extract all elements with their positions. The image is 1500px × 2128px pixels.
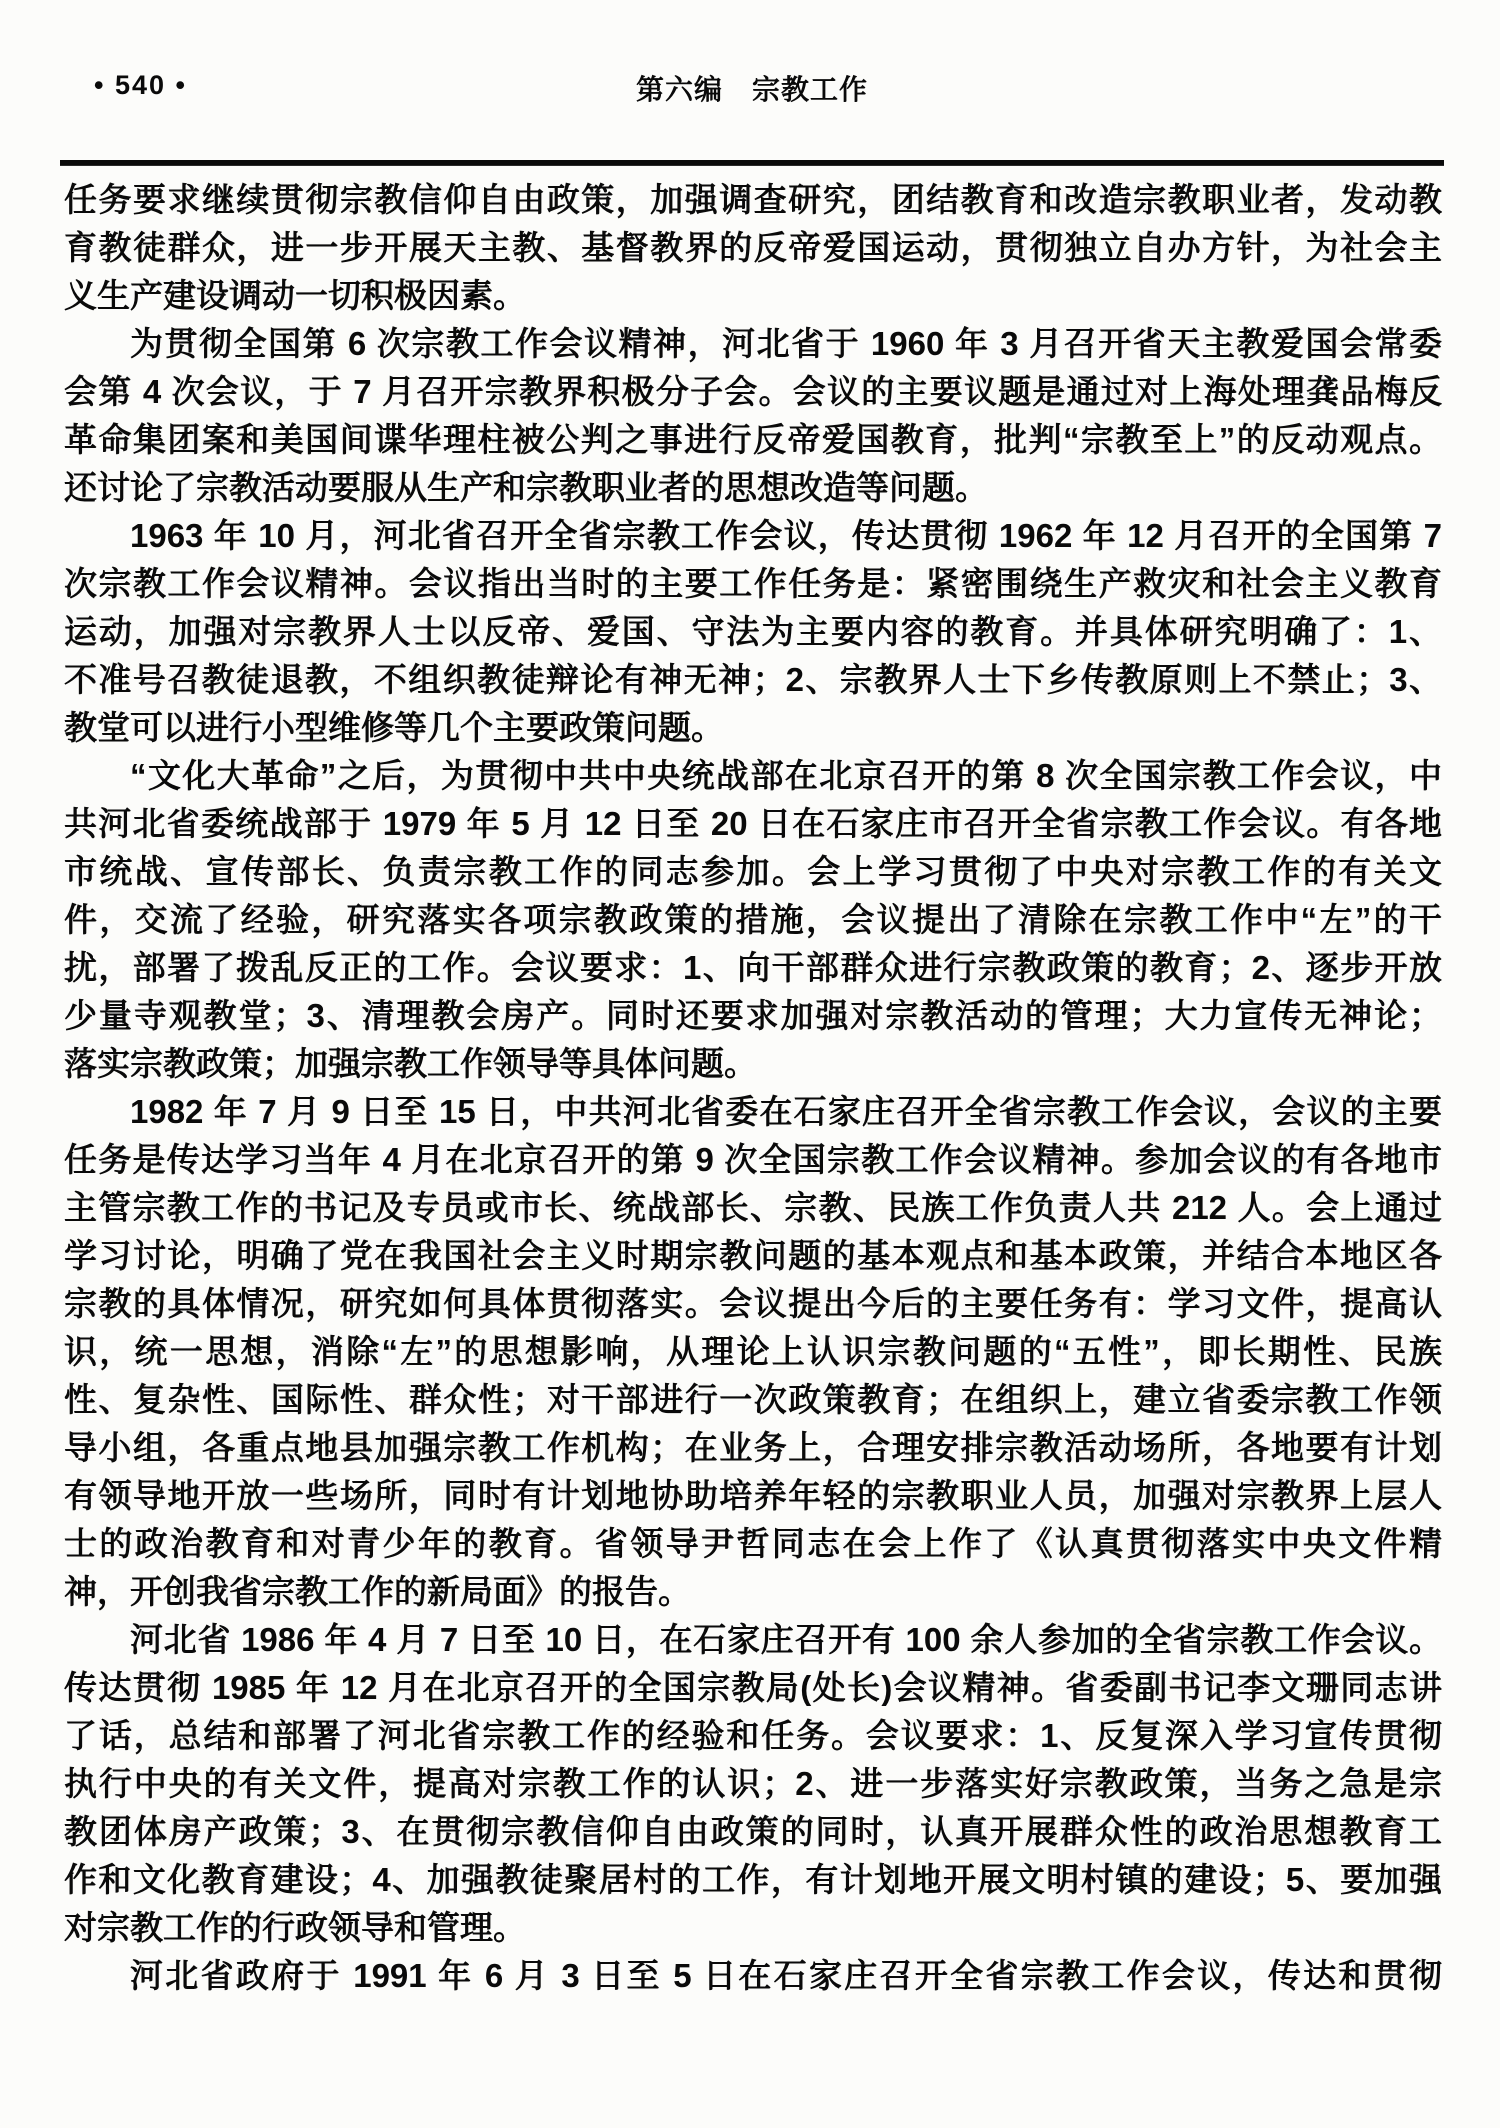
text-line: 还讨论了宗教活动要服从生产和宗教职业者的思想改造等问题。 <box>64 464 1442 512</box>
text-line: 共河北省委统战部于 1979 年 5 月 12 日至 20 日在石家庄市召开全省… <box>64 800 1442 848</box>
text-line: 任务要求继续贯彻宗教信仰自由政策，加强调查研究，团结教育和改造宗教职业者，发动教 <box>64 176 1442 224</box>
text-line: 1982 年 7 月 9 日至 15 日，中共河北省委在石家庄召开全省宗教工作会… <box>64 1088 1442 1136</box>
text-line: 导小组，各重点地县加强宗教工作机构；在业务上，合理安排宗教活动场所，各地要有计划 <box>64 1424 1442 1472</box>
text-line: 少量寺观教堂；3、清理教会房产。同时还要求加强对宗教活动的管理；大力宣传无神论； <box>64 992 1442 1040</box>
text-line: 主管宗教工作的书记及专员或市长、统战部长、宗教、民族工作负责人共 212 人。会… <box>64 1184 1442 1232</box>
text-line: 运动，加强对宗教界人士以反帝、爱国、守法为主要内容的教育。并具体研究明确了：1、 <box>64 608 1442 656</box>
text-line: 神，开创我省宗教工作的新局面》的报告。 <box>64 1568 1442 1616</box>
text-line: 1963 年 10 月，河北省召开全省宗教工作会议，传达贯彻 1962 年 12… <box>64 512 1442 560</box>
text-line: 性、复杂性、国际性、群众性；对干部进行一次政策教育；在组织上，建立省委宗教工作领 <box>64 1376 1442 1424</box>
text-line: 执行中央的有关文件，提高对宗教工作的认识；2、进一步落实好宗教政策，当务之急是宗 <box>64 1760 1442 1808</box>
text-line: 任务是传达学习当年 4 月在北京召开的第 9 次全国宗教工作会议精神。参加会议的… <box>64 1136 1442 1184</box>
text-line: 义生产建设调动一切积极因素。 <box>64 272 1442 320</box>
text-line: 有领导地开放一些场所，同时有计划地协助培养年轻的宗教职业人员，加强对宗教界上层人 <box>64 1472 1442 1520</box>
text-line: 落实宗教政策；加强宗教工作领导等具体问题。 <box>64 1040 1442 1088</box>
text-line: 次宗教工作会议精神。会议指出当时的主要工作任务是：紧密围绕生产救灾和社会主义教育 <box>64 560 1442 608</box>
page-header: • 540 • 第六编 宗教工作 <box>62 62 1442 108</box>
text-line: 宗教的具体情况，研究如何具体贯彻落实。会议提出今后的主要任务有：学习文件，提高认 <box>64 1280 1442 1328</box>
text-line: 扰，部署了拨乱反正的工作。会议要求：1、向干部群众进行宗教政策的教育；2、逐步开… <box>64 944 1442 992</box>
document-body: 任务要求继续贯彻宗教信仰自由政策，加强调查研究，团结教育和改造宗教职业者，发动教… <box>64 176 1442 2000</box>
text-line: 会第 4 次会议，于 7 月召开宗教界积极分子会。会议的主要议题是通过对上海处理… <box>64 368 1442 416</box>
text-line: 教堂可以进行小型维修等几个主要政策问题。 <box>64 704 1442 752</box>
text-line: 教团体房产政策；3、在贯彻宗教信仰自由政策的同时，认真开展群众性的政治思想教育工 <box>64 1808 1442 1856</box>
text-line: 河北省 1986 年 4 月 7 日至 10 日，在石家庄召开有 100 余人参… <box>64 1616 1442 1664</box>
text-line: 了话，总结和部署了河北省宗教工作的经验和任务。会议要求：1、反复深入学习宣传贯彻 <box>64 1712 1442 1760</box>
text-line: 对宗教工作的行政领导和管理。 <box>64 1904 1442 1952</box>
text-line: 河北省政府于 1991 年 6 月 3 日至 5 日在石家庄召开全省宗教工作会议… <box>64 1952 1442 2000</box>
section-title: 第六编 宗教工作 <box>62 68 1442 108</box>
text-line: 作和文化教育建设；4、加强教徒聚居村的工作，有计划地开展文明村镇的建设；5、要加… <box>64 1856 1442 1904</box>
text-line: 不准号召教徒退教，不组织教徒辩论有神无神；2、宗教界人士下乡传教原则上不禁止；3… <box>64 656 1442 704</box>
text-line: “文化大革命”之后，为贯彻中共中央统战部在北京召开的第 8 次全国宗教工作会议，… <box>64 752 1442 800</box>
scanned-book-page: • 540 • 第六编 宗教工作 任务要求继续贯彻宗教信仰自由政策，加强调查研究… <box>0 0 1500 2128</box>
text-line: 市统战、宣传部长、负责宗教工作的同志参加。会上学习贯彻了中央对宗教工作的有关文 <box>64 848 1442 896</box>
text-line: 学习讨论，明确了党在我国社会主义时期宗教问题的基本观点和基本政策，并结合本地区各 <box>64 1232 1442 1280</box>
text-line: 件，交流了经验，研究落实各项宗教政策的措施，会议提出了清除在宗教工作中“左”的干 <box>64 896 1442 944</box>
text-line: 育教徒群众，进一步开展天主教、基督教界的反帝爱国运动，贯彻独立自办方针，为社会主 <box>64 224 1442 272</box>
text-line: 士的政治教育和对青少年的教育。省领导尹哲同志在会上作了《认真贯彻落实中央文件精 <box>64 1520 1442 1568</box>
text-line: 为贯彻全国第 6 次宗教工作会议精神，河北省于 1960 年 3 月召开省天主教… <box>64 320 1442 368</box>
text-line: 识，统一思想，消除“左”的思想影响，从理论上认识宗教问题的“五性”，即长期性、民… <box>64 1328 1442 1376</box>
text-line: 传达贯彻 1985 年 12 月在北京召开的全国宗教局(处长)会议精神。省委副书… <box>64 1664 1442 1712</box>
text-line: 革命集团案和美国间谍华理柱被公判之事进行反帝爱国教育，批判“宗教至上”的反动观点… <box>64 416 1442 464</box>
header-rule <box>60 160 1444 166</box>
